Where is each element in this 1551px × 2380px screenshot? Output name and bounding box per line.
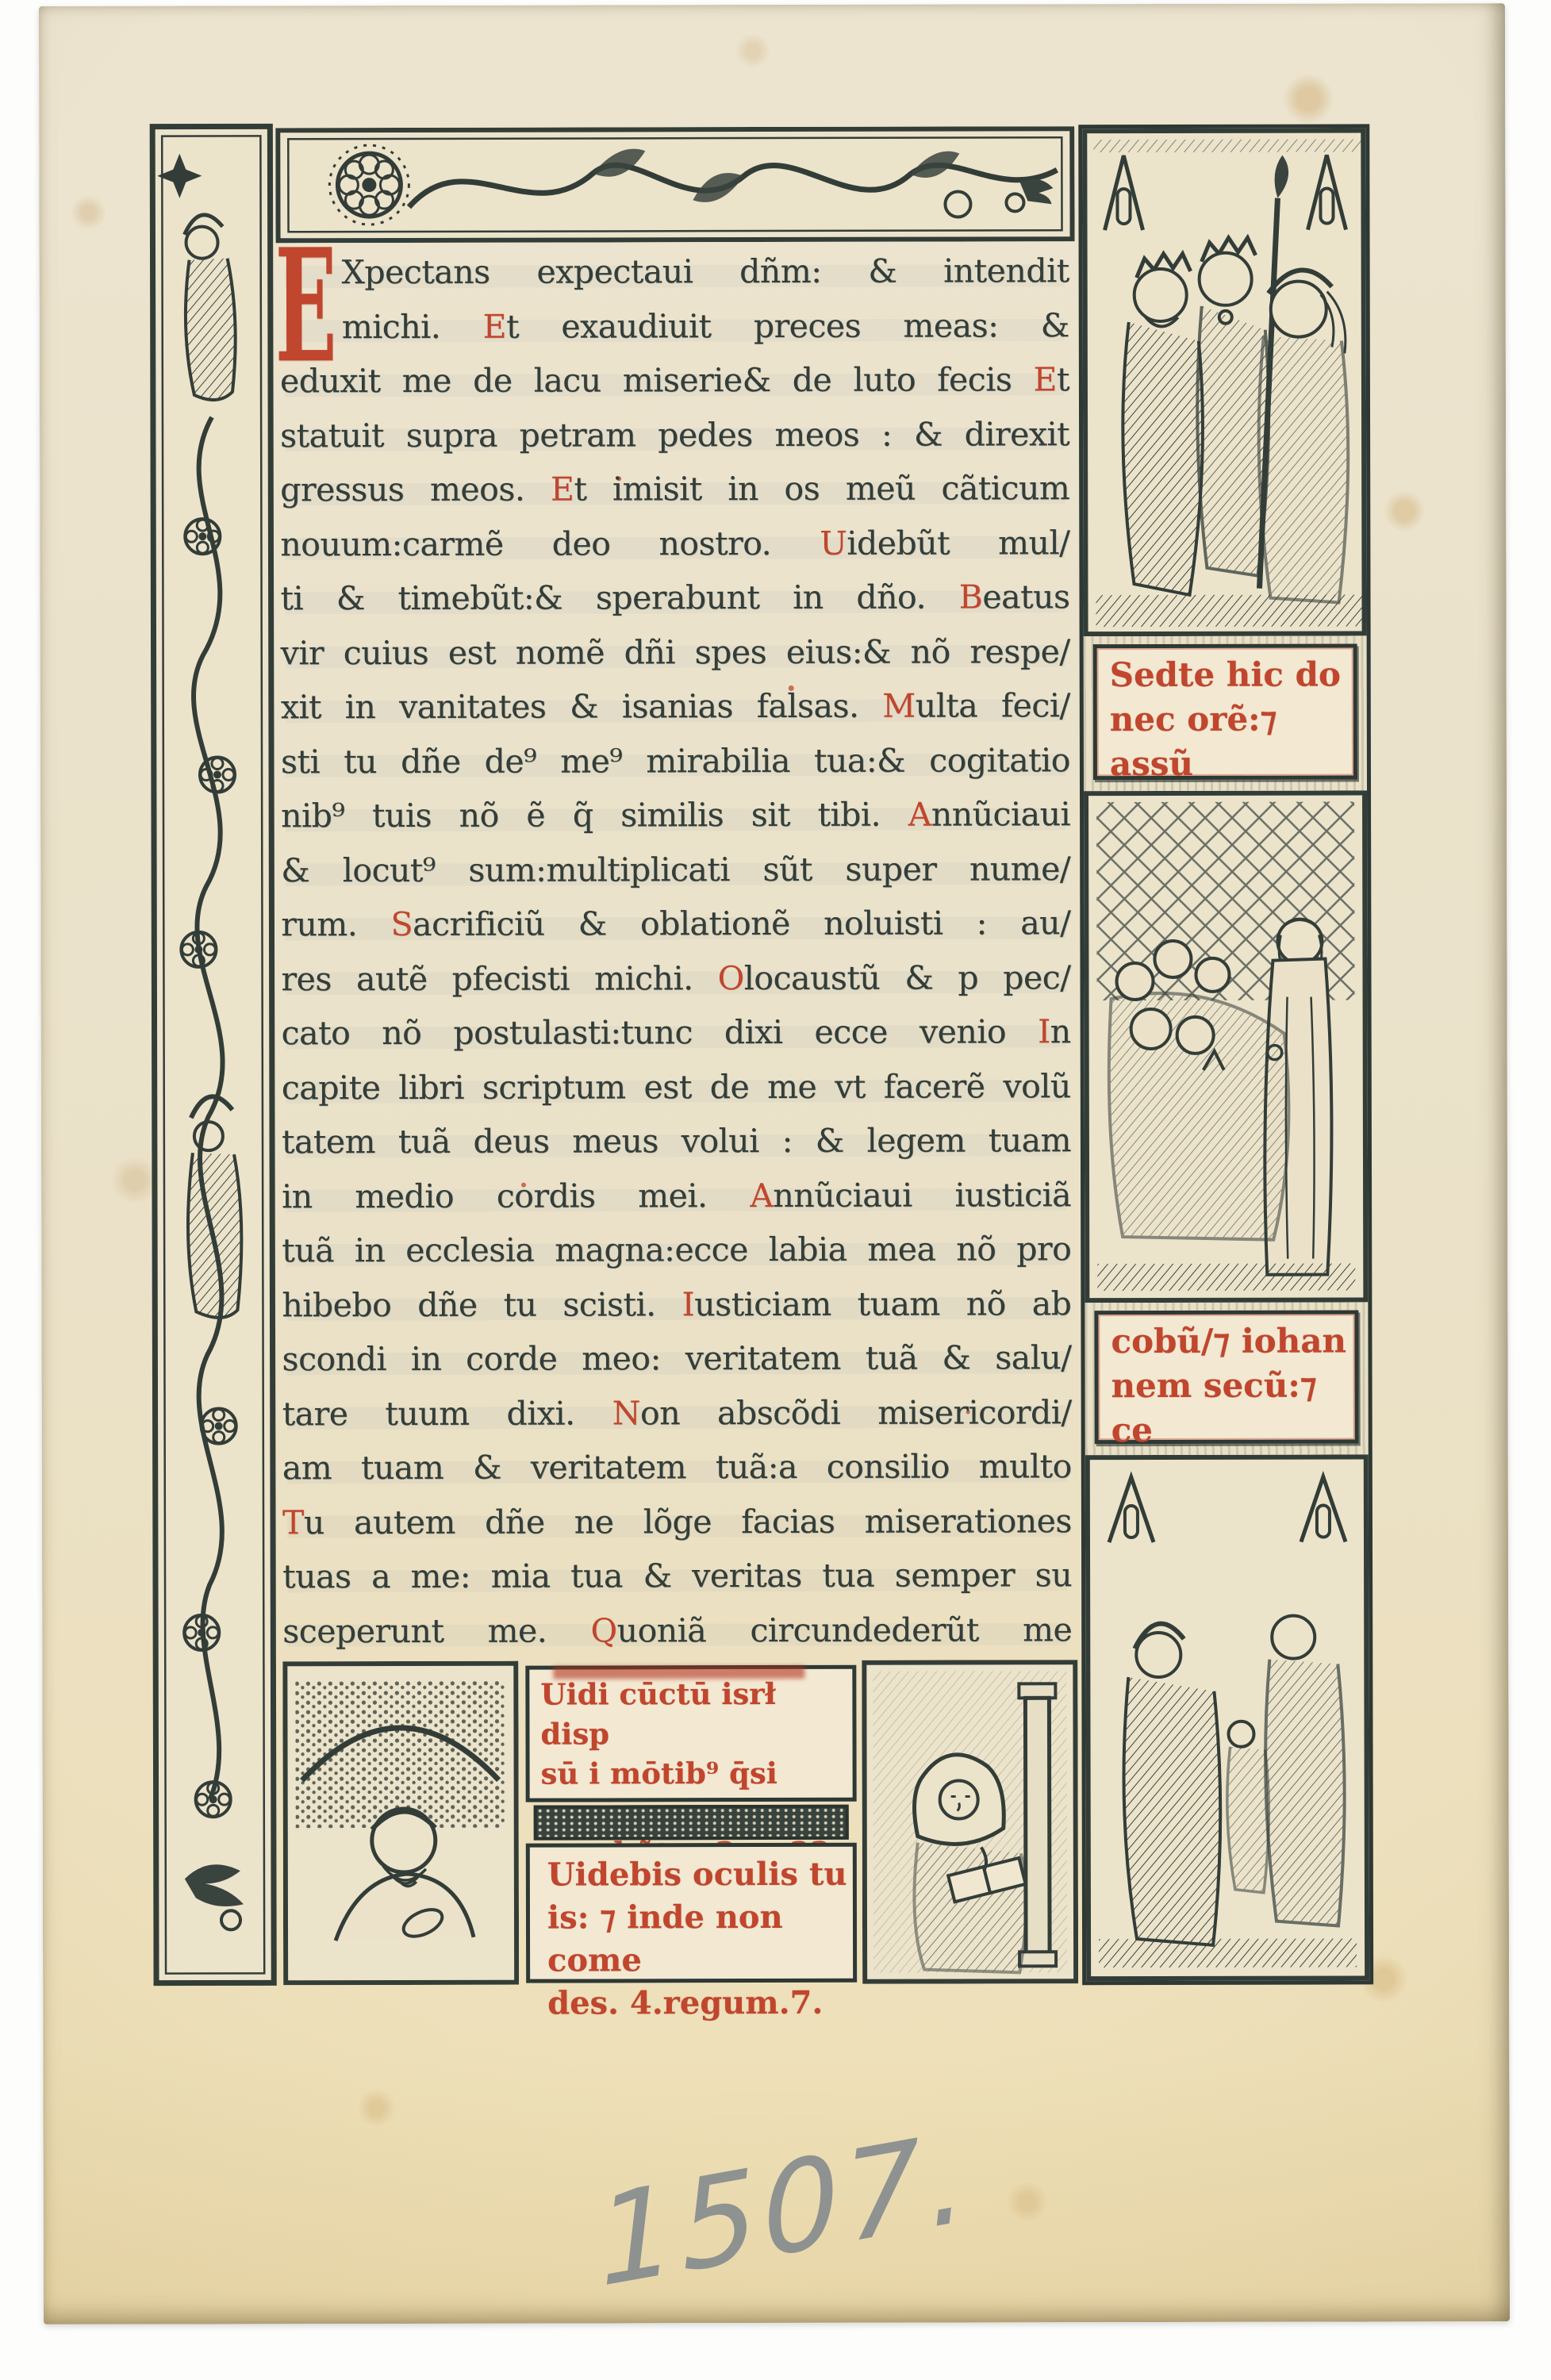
psalm-line: michi. Et exaudiuit preces meas: &: [280, 298, 1069, 355]
psalm-line: tatem tuã deus meus volui : & legem tuam: [282, 1113, 1071, 1169]
psalm-text: nnũciaui: [931, 795, 1070, 833]
psalm-text: n: [1050, 1012, 1071, 1050]
psalm-text: xit in vanitates & isanias falsas.: [281, 687, 883, 727]
psalm-text: michi.: [342, 307, 483, 345]
woodcut-praying-prophet: [282, 1661, 519, 1986]
rubric-initial: A: [750, 1177, 773, 1215]
psalm-line: nib⁹ tuis nõ ẽ q̃ similis sit tibi. Annũ…: [281, 787, 1070, 843]
psalm-line: xit in vanitates & isanias falsas. Multa…: [281, 678, 1070, 735]
red-ink-smear: [553, 1666, 804, 1679]
psalm-line: nouum:carmẽ deo nostro. Uidebũt mul/: [280, 516, 1069, 572]
rubric-caption-upper: Sedte hic donec orẽ:⁊ assũpsit petrũ/ia:: [1084, 635, 1367, 791]
psalm-text-block: E Xpectans expectaui dñm: & intenditmich…: [280, 244, 1073, 1659]
psalm-text: acrificiũ & oblationẽ noluisti : au/: [413, 904, 1070, 943]
psalm-line: cato nõ postulasti:tunc dixi ecce venio …: [282, 1004, 1071, 1061]
rubric-initial: U: [820, 524, 847, 562]
psalm-text: statuit supra petram pedes meos : & dire…: [280, 415, 1069, 455]
caption-line: cobũ/⁊ iohan: [1111, 1319, 1354, 1364]
psalm-text: sti tu dñe de⁹ me⁹ mirabilia tua:& cogit…: [281, 741, 1070, 781]
psalm-text: eatus: [982, 578, 1069, 616]
psalm-text: capite libri scriptum est de me vt facer…: [282, 1067, 1071, 1107]
caption-line: Uidi cūctū isrł disp: [540, 1674, 852, 1754]
right-illustration-column: Sedte hic donec orẽ:⁊ assũpsit petrũ/ia:: [1078, 124, 1373, 1985]
caption-line: Uidebis oculis tu: [547, 1853, 853, 1897]
scanned-leaf-screenshot: { "document": { "kind": "early printed b…: [0, 0, 1551, 2380]
psalm-text: t exaudiuit preces meas: &: [506, 306, 1069, 345]
psalm-text: & locut⁹ sum:multiplicati sũt super nume…: [281, 850, 1070, 889]
psalm-text: hibebo dñe tu scisti.: [282, 1285, 681, 1324]
psalm-text: nnũciaui iusticiã: [773, 1176, 1071, 1215]
rubric-initial: E: [1033, 360, 1057, 398]
psalm-text: nouum:carmẽ deo nostro.: [280, 524, 820, 562]
caption-box: Uidebis oculis tuis: ⁊ inde non comedes.…: [526, 1843, 857, 1983]
rubric-initial: Q: [590, 1611, 616, 1649]
psalm-line: sceperunt me. Quoniã circundederũt me: [282, 1603, 1072, 1659]
hatched-divider: [534, 1805, 849, 1841]
rubric-initial: M: [882, 687, 916, 725]
psalm-line: vir cuius est nomẽ dñi spes eius:& nõ re…: [281, 624, 1070, 681]
psalm-text: cato nõ postulasti:tunc dixi ecce venio: [282, 1012, 1038, 1052]
woodcut-christ-apostles: [1084, 790, 1368, 1303]
psalm-text: eduxit me de lacu miserie& de luto fecis: [280, 360, 1034, 400]
floral-scroll-with-dragon-icon: [275, 126, 1074, 243]
caption-line: nec orẽ:⁊ assũ: [1110, 697, 1353, 786]
psalm-text: tuã in ecclesia magna:ecce labia mea nõ …: [282, 1230, 1071, 1269]
caption-box: cobũ/⁊ iohannem secũ:⁊ cepit pauere.: [1094, 1310, 1358, 1444]
rubric-initial: E: [551, 470, 574, 509]
caption-box: Sedte hic donec orẽ:⁊ assũpsit petrũ/ia:: [1093, 643, 1357, 780]
psalm-text: ti & timebũt:& sperabunt in dño.: [280, 578, 958, 618]
psalm-text: gressus meos.: [280, 470, 551, 509]
psalm-text: nib⁹ tuis nõ ẽ q̃ similis sit tibi.: [281, 796, 908, 835]
handwritten-date: 1507.: [593, 2104, 975, 2315]
psalm-text: tuas a me: mia tua & veritas tua semper …: [282, 1556, 1072, 1595]
rubric-initial: S: [390, 905, 413, 943]
psalm-line: Tu autem dñe ne lõge facias miserationes: [282, 1494, 1072, 1550]
psalm-line: eduxit me de lacu miserie& de luto fecis…: [280, 352, 1069, 409]
psalm-line: tuã in ecclesia magna:ecce labia mea nõ …: [282, 1222, 1071, 1278]
woodcut-frame: E Xpectans expectaui dñm: & intenditmich…: [148, 116, 1374, 1987]
psalm-line: tare tuum dixi. Non abscõdi misericordi/: [282, 1385, 1072, 1441]
psalm-text: on abscõdi misericordi/: [640, 1393, 1072, 1432]
rubric-initial: O: [718, 959, 744, 997]
psalm-text: Xpectans expectaui dñm: & intendit: [342, 251, 1069, 291]
psalm-text: usticiam tuam nõ ab: [694, 1284, 1071, 1323]
psalm-line: tuas a me: mia tua & veritas tua semper …: [282, 1548, 1072, 1604]
psalm-line: res autẽ pfecisti michi. Olocaustũ & p p…: [281, 950, 1070, 1007]
leaf-page: E Xpectans expectaui dñm: & intenditmich…: [39, 3, 1510, 2324]
psalm-text: ulta feci/: [916, 686, 1070, 724]
three-crowned-kings-icon: [1082, 128, 1366, 636]
rubric-initial: B: [959, 578, 983, 616]
caption-line: nem secũ:⁊ ce: [1111, 1363, 1355, 1453]
psalm-line: Xpectans expectaui dñm: & intendit: [280, 244, 1069, 300]
rubric-initial: A: [908, 796, 931, 834]
psalm-line: statuit supra petram pedes meos : & dire…: [280, 407, 1069, 463]
psalm-line: am tuam & veritatem tuã:a consilio multo: [282, 1439, 1072, 1495]
psalm-line: rum. Sacrificiũ & oblationẽ noluisti : a…: [281, 896, 1070, 952]
psalm-line: scondi in corde meo: veritatem tuã & sal…: [282, 1330, 1071, 1387]
caption-line: is: ⁊ inde non come: [547, 1896, 853, 1983]
caption-line: Sedte hic do: [1110, 652, 1353, 697]
vine-figures-and-rosettes-icon: [148, 123, 278, 1986]
psalm-line: ti & timebũt:& sperabunt in dño. Beatus: [280, 570, 1069, 626]
psalm-text: tare tuum dixi.: [282, 1394, 612, 1433]
veiled-woman-reading-book-icon: [862, 1660, 1078, 1984]
woodcut-hooded-figures: [1085, 1454, 1369, 1981]
hooded-figures-group-icon: [1085, 1454, 1369, 1981]
psalm-text: locaustũ & p pec/: [744, 958, 1071, 997]
psalm-text: sceperunt me.: [282, 1611, 590, 1650]
rubric-caption-lower: cobũ/⁊ iohannem secũ:⁊ cepit pauere.: [1085, 1302, 1368, 1455]
bearded-prophet-praying-icon: [282, 1661, 519, 1986]
psalm-line: hibebo dñe tu scisti. Iusticiam tuam nõ …: [282, 1276, 1071, 1333]
christ-with-kneeling-apostles-icon: [1084, 790, 1368, 1303]
psalm-text: scondi in corde meo: veritatem tuã & sal…: [282, 1338, 1071, 1378]
psalm-text: vir cuius est nomẽ dñi spes eius:& nõ re…: [281, 632, 1070, 672]
psalm-text: rum.: [281, 905, 390, 943]
psalm-text: tatem tuã deus meus volui : & legem tuam: [282, 1121, 1071, 1161]
rubric-initial: I: [681, 1285, 694, 1323]
psalm-text: res autẽ pfecisti michi.: [281, 959, 717, 998]
psalm-line: gressus meos. Et imisit in os meũ cãticu…: [280, 461, 1069, 517]
left-border-woodcut: [148, 123, 278, 1986]
rubric-initial: I: [1038, 1012, 1050, 1050]
psalm-text: u autem dñe ne lõge facias miserationes: [304, 1502, 1072, 1541]
psalm-line: & locut⁹ sum:multiplicati sũt super nume…: [281, 842, 1070, 898]
bottom-caption-boxes: Uidi cūctū isrł dispsū i mōtib⁹ q̄si oue…: [522, 1660, 860, 1985]
rubric-initial: N: [612, 1394, 640, 1432]
psalm-line: capite libri scriptum est de me vt facer…: [282, 1059, 1071, 1115]
caption-line: des. 4.regum.7.: [547, 1982, 853, 2025]
psalm-line: sti tu dñe de⁹ me⁹ mirabilia tua:& cogit…: [281, 733, 1070, 789]
psalm-text: in medio cordis mei.: [282, 1177, 750, 1215]
psalm-text: am tuam & veritatem tuã:a consilio multo: [282, 1447, 1072, 1487]
top-border-woodcut: [275, 126, 1074, 243]
psalm-text: idebũt mul/: [847, 524, 1069, 562]
caption-box: Uidi cūctū isrł dispsū i mōtib⁹ q̄si oue…: [525, 1665, 856, 1802]
woodcut-three-kings: [1082, 128, 1366, 636]
rubric-initial: E: [483, 307, 507, 345]
psalm-text: t: [1057, 360, 1069, 398]
woodcut-reading-woman: [862, 1660, 1078, 1984]
rubric-initial: T: [282, 1503, 304, 1541]
psalm-text: uoniã circundederũt me: [617, 1610, 1073, 1649]
scan-background: E Xpectans expectaui dñm: & intenditmich…: [0, 0, 1551, 2380]
psalm-line: in medio cordis mei. Annũciaui iusticiã: [282, 1168, 1071, 1224]
psalm-text: t imisit in os meũ cãticum: [574, 469, 1069, 508]
